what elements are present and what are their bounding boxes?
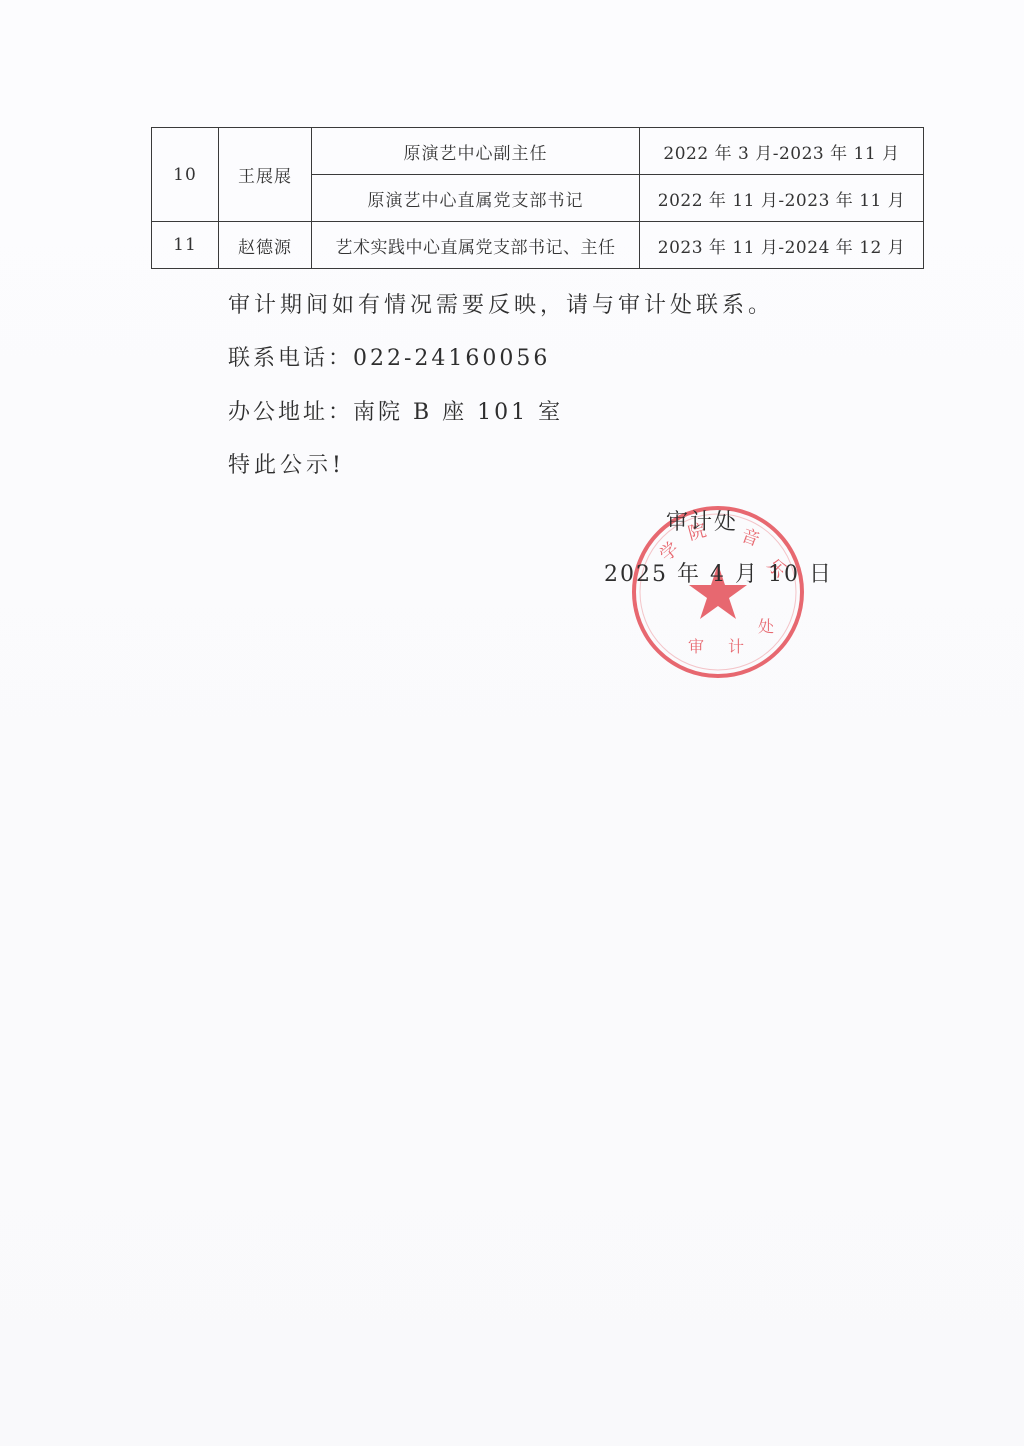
position-period: 2022 年 11 月-2023 年 11 月 — [640, 175, 924, 222]
svg-text:音: 音 — [738, 525, 762, 551]
svg-text:处: 处 — [758, 617, 774, 636]
closing-text: 特此公示! — [228, 448, 345, 479]
position-title: 原演艺中心直属党支部书记 — [312, 175, 640, 222]
office-address: 办公地址：南院 B 座 101 室 — [228, 395, 563, 426]
position-title: 原演艺中心副主任 — [312, 128, 640, 175]
person-name: 赵德源 — [219, 222, 312, 269]
position-period: 2023 年 11 月-2024 年 12 月 — [640, 222, 924, 269]
svg-text:计: 计 — [728, 637, 744, 656]
position-title: 艺术实践中心直属党支部书记、主任 — [312, 222, 640, 269]
contact-phone: 联系电话：022-24160056 — [228, 341, 550, 372]
row-index: 11 — [152, 222, 219, 269]
position-period: 2022 年 3 月-2023 年 11 月 — [640, 128, 924, 175]
audit-personnel-table: 10 王展展 原演艺中心副主任 2022 年 3 月-2023 年 11 月 原… — [151, 127, 924, 269]
table-row: 10 王展展 原演艺中心副主任 2022 年 3 月-2023 年 11 月 — [152, 128, 924, 175]
document-page: 10 王展展 原演艺中心副主任 2022 年 3 月-2023 年 11 月 原… — [0, 0, 1024, 1446]
signing-date: 2025 年 4 月 10 日 — [604, 557, 833, 588]
row-index: 10 — [152, 128, 219, 222]
table-row: 11 赵德源 艺术实践中心直属党支部书记、主任 2023 年 11 月-2024… — [152, 222, 924, 269]
svg-text:审: 审 — [688, 637, 704, 656]
person-name: 王展展 — [219, 128, 312, 222]
signing-department: 审计处 — [666, 505, 738, 536]
notice-text: 审计期间如有情况需要反映，请与审计处联系。 — [228, 288, 774, 319]
